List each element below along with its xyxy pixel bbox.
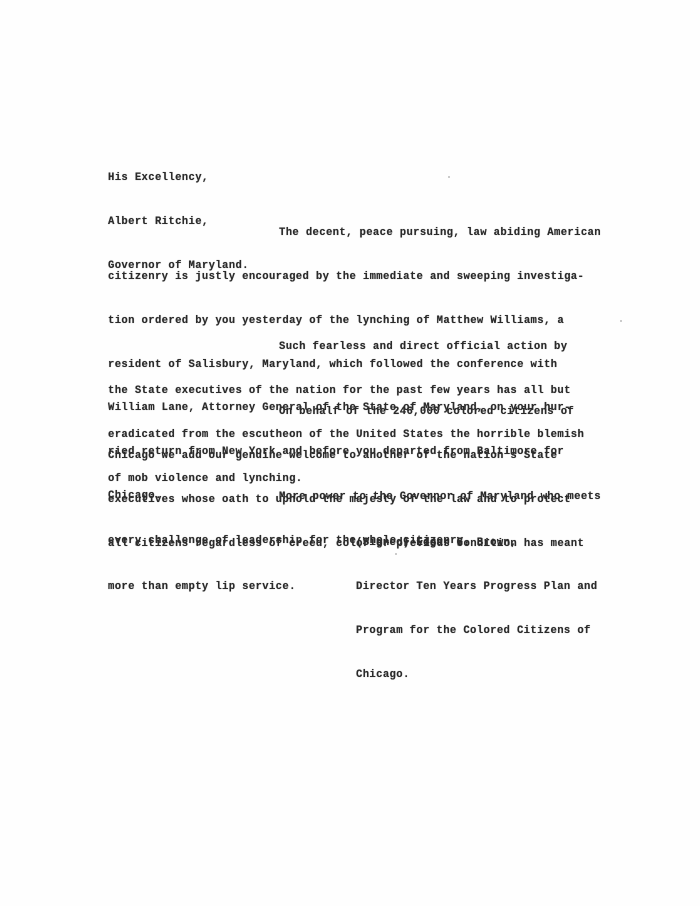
- addressee-salutation: His Excellency,: [108, 171, 249, 186]
- paragraph-line: More power to the Governor of Maryland w…: [108, 490, 608, 505]
- paragraph-line: The decent, peace pursuing, law abiding …: [108, 226, 608, 241]
- paragraph-line: citizenry is justly encouraged by the im…: [108, 270, 608, 285]
- signature-name: (Signed) Edgar G. Brown,: [356, 536, 597, 551]
- paper-speck: [395, 553, 397, 555]
- paper-speck: [620, 320, 622, 322]
- letter-page: His Excellency, Albert Ritchie, Governor…: [0, 0, 700, 906]
- signature-title: Chicago.: [356, 668, 597, 683]
- signature-block: (Signed) Edgar G. Brown, Director Ten Ye…: [356, 507, 597, 711]
- signature-title: Program for the Colored Citizens of: [356, 624, 597, 639]
- paragraph-line: On behalf of the 246,000 colored citizen…: [108, 405, 608, 420]
- paragraph-line: Such fearless and direct official action…: [108, 340, 608, 355]
- signature-title: Director Ten Years Progress Plan and: [356, 580, 597, 595]
- paper-speck: [448, 176, 450, 178]
